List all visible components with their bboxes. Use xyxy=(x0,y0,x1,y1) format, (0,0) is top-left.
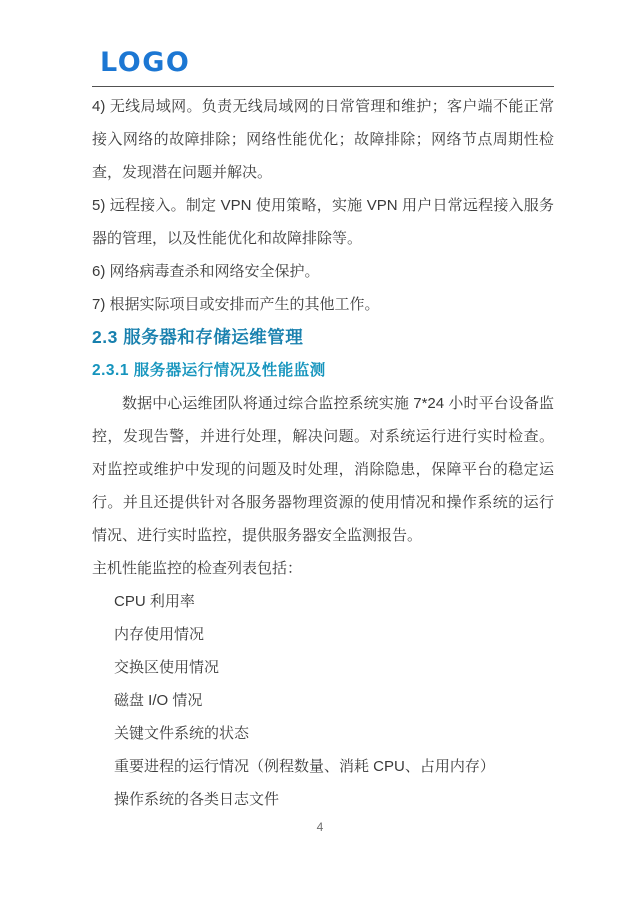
checklist-item-swap: 交换区使用情况 xyxy=(92,651,554,684)
document-page: LOGO 4) 无线局域网。负责无线局域网的日常管理和维护；客户端不能正常接入网… xyxy=(0,0,640,906)
numbered-item-6: 6) 网络病毒查杀和网络安全保护。 xyxy=(92,255,554,288)
host-performance-checklist: CPU 利用率 内存使用情况 交换区使用情况 磁盘 I/O 情况 关键文件系统的… xyxy=(92,585,554,816)
numbered-item-7: 7) 根据实际项目或安排而产生的其他工作。 xyxy=(92,288,554,321)
page-number: 4 xyxy=(0,820,640,834)
checklist-item-memory: 内存使用情况 xyxy=(92,618,554,651)
checklist-item-logs: 操作系统的各类日志文件 xyxy=(92,783,554,816)
header-divider xyxy=(92,86,554,87)
checklist-item-cpu: CPU 利用率 xyxy=(92,585,554,618)
monitoring-paragraph: 数据中心运维团队将通过综合监控系统实施 7*24 小时平台设备监控，发现告警，并… xyxy=(92,387,554,552)
numbered-item-5: 5) 远程接入。制定 VPN 使用策略，实施 VPN 用户日常远程接入服务器的管… xyxy=(92,189,554,255)
section-heading-2-3: 2.3 服务器和存储运维管理 xyxy=(92,321,554,354)
numbered-item-4: 4) 无线局域网。负责无线局域网的日常管理和维护；客户端不能正常接入网络的故障排… xyxy=(92,90,554,189)
checklist-item-disk-io: 磁盘 I/O 情况 xyxy=(92,684,554,717)
company-logo: LOGO xyxy=(92,48,554,78)
checklist-intro: 主机性能监控的检查列表包括： xyxy=(92,552,554,585)
checklist-item-processes: 重要进程的运行情况（例程数量、消耗 CPU、占用内存） xyxy=(92,750,554,783)
checklist-item-filesystem: 关键文件系统的状态 xyxy=(92,717,554,750)
document-body: 4) 无线局域网。负责无线局域网的日常管理和维护；客户端不能正常接入网络的故障排… xyxy=(92,90,554,816)
subsection-heading-2-3-1: 2.3.1 服务器运行情况及性能监测 xyxy=(92,354,554,387)
page-content: LOGO 4) 无线局域网。负责无线局域网的日常管理和维护；客户端不能正常接入网… xyxy=(92,48,554,816)
